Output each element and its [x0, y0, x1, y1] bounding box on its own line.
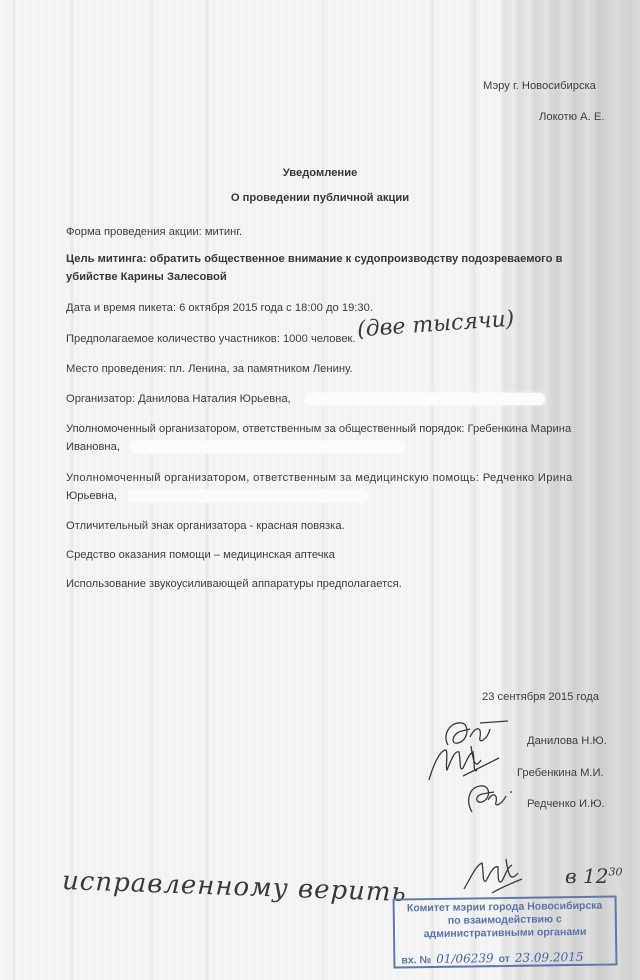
redacted-contact-order: [130, 441, 405, 453]
document-title: Уведомление: [0, 166, 640, 180]
signature-redchenko-icon: [462, 778, 512, 818]
stamp-line3: административными органами: [395, 925, 615, 940]
document-subtitle: О проведении публичной акции: [0, 191, 640, 205]
stamp-reg-number: 01/06239: [434, 951, 496, 967]
redacted-contact-medical: [128, 490, 368, 502]
field-datetime: Дата и время пикета: 6 октября 2015 года…: [66, 301, 373, 315]
redacted-contact-organizer: [305, 393, 545, 405]
signatory-name-redchenko: Редченко И.Ю.: [527, 797, 605, 811]
signatory-name-danilova: Данилова Н.Ю.: [527, 734, 607, 748]
document-date: 23 сентября 2015 года: [482, 690, 599, 704]
field-goal-line2: убийстве Карины Залесовой: [66, 270, 227, 284]
stamp-registration-row: вх. № 01/06239 от 23.09.2015: [401, 950, 585, 967]
field-sound: Использование звукоусиливающей аппаратур…: [66, 577, 402, 591]
field-place: Место проведения: пл. Ленина, за памятни…: [66, 362, 353, 376]
stamp-reg-date: 23.09.2015: [513, 950, 586, 966]
addressee-name: Локотю А. Е.: [539, 110, 604, 124]
stamp-date-label: от: [498, 953, 509, 965]
field-form: Форма проведения акции: митинг.: [66, 225, 242, 239]
field-medical-line1: Уполномоченный организатором, ответствен…: [66, 471, 573, 485]
field-aid: Средство оказания помощи – медицинская а…: [66, 548, 335, 562]
signatory-name-grebenkina: Гребенкина М.И.: [517, 766, 604, 780]
field-organizer: Организатор: Данилова Наталия Юрьевна,: [66, 392, 291, 406]
field-medical-line2: Юрьевна,: [66, 489, 117, 503]
handwritten-time-note: в 1230: [565, 864, 622, 888]
signature-certification-icon: [462, 855, 522, 895]
stamp-reg-label: вх. №: [401, 954, 431, 966]
field-goal-line1: Цель митинга: обратить общественное вним…: [66, 252, 562, 266]
time-note-minutes: 30: [608, 865, 622, 878]
field-participants: Предполагаемое количество участников: 10…: [66, 332, 356, 346]
time-note-text: в 12: [565, 864, 608, 888]
field-order-line2: Ивановна,: [66, 440, 120, 454]
field-distinctive-sign: Отличительный знак организатора - красна…: [66, 519, 345, 533]
registration-stamp: Комитет мэрии города Новосибирска по вза…: [393, 895, 618, 968]
field-order-line1: Уполномоченный организатором, ответствен…: [66, 422, 571, 436]
addressee-mayor: Мэру г. Новосибирска: [483, 79, 596, 93]
